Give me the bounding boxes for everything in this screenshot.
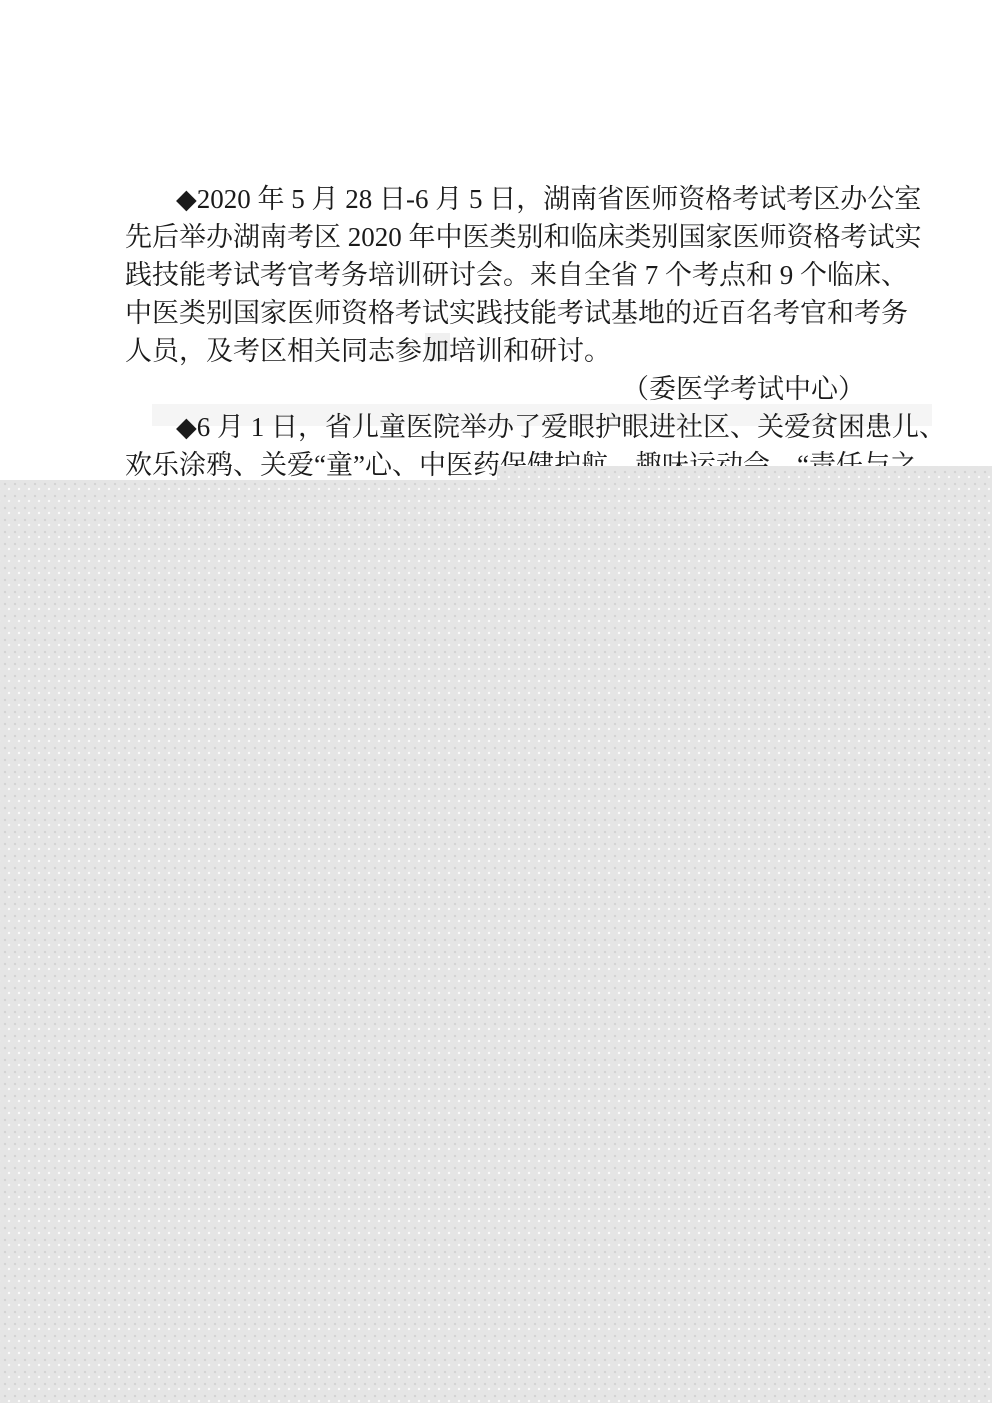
text-line-1: ◆2020 年 5 月 28 日-6 月 5 日，湖南省医师资格考试考区办公室	[125, 180, 865, 218]
text-line-7: ◆6 月 1 日，省儿童医院举办了爱眼护眼进社区、关爱贫困患儿、	[125, 408, 865, 446]
document-text-block: ◆2020 年 5 月 28 日-6 月 5 日，湖南省医师资格考试考区办公室 …	[125, 180, 865, 484]
text-line-4: 中医类别国家医师资格考试实践技能考试基地的近百名考官和考务	[125, 294, 865, 332]
text-line-5: 人员，及考区相关同志参加培训和研讨。	[125, 332, 865, 370]
text-line-2: 先后举办湖南考区 2020 年中医类别和临床类别国家医师资格考试实	[125, 218, 865, 256]
attribution-line: （委医学考试中心）	[125, 370, 865, 408]
text-line-3: 践技能考试考官考务培训研讨会。来自全省 7 个考点和 9 个临床、	[125, 256, 865, 294]
unrendered-page-region	[0, 466, 992, 1403]
scanned-document-page: { "doc": { "lines": [ "◆2020 年 5 月 28 日-…	[0, 0, 992, 1403]
